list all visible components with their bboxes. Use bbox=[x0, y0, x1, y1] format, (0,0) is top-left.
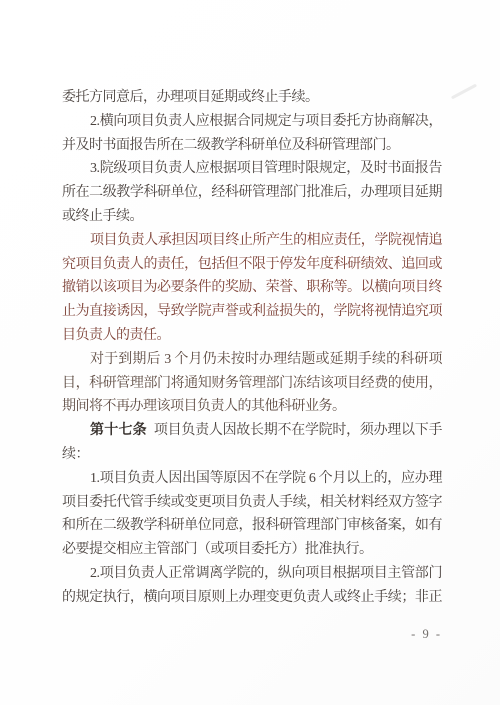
text-line: 项目负责人承担因项目终止所产生的相应责任，学院视情追 bbox=[62, 229, 442, 253]
text-line: 止为直接诱因，导致学院声誉或利益损失的，学院将视情追究项 bbox=[62, 300, 442, 324]
document-page: 委托方同意后，办理项目延期或终止手续。2.横向项目负责人应根据合同规定与项目委托… bbox=[0, 0, 500, 705]
text-line: 第十七条项目负责人因故长期不在学院时，须办理以下手 bbox=[62, 419, 442, 443]
text-line: 和所在二级教学科研单位同意，报科研管理部门审核备案，如有 bbox=[62, 514, 442, 538]
text-line: 目负责人的责任。 bbox=[62, 324, 442, 348]
text-line: 3.院级项目负责人应根据项目管理时限规定，及时书面报告 bbox=[62, 157, 442, 181]
text-line: 1.项目负责人因出国等原因不在学院 6 个月以上的，应办理 bbox=[62, 467, 442, 491]
text-line: 2.横向项目负责人应根据合同规定与项目委托方协商解决， bbox=[62, 110, 442, 134]
text-line: 对于到期后 3 个月仍未按时办理结题或延期手续的科研项 bbox=[62, 348, 442, 372]
text-line: 撤销以该项目为必要条件的奖励、荣誉、职称等。以横向项目终 bbox=[62, 276, 442, 300]
scan-artifact bbox=[451, 84, 477, 100]
text-line: 目，科研管理部门将通知财务管理部门冻结该项目经费的使用， bbox=[62, 372, 442, 396]
article-number: 第十七条 bbox=[90, 423, 147, 438]
text-line: 并及时书面报告所在二级教学科研单位及科研管理部门。 bbox=[62, 134, 442, 158]
text-line: 究项目负责人的责任，包括但不限于停发年度科研绩效、追回或 bbox=[62, 253, 442, 277]
text-line: 委托方同意后，办理项目延期或终止手续。 bbox=[62, 86, 442, 110]
text-line: 必要提交相应主管部门（或项目委托方）批准执行。 bbox=[62, 538, 442, 562]
text-line: 2.项目负责人正常调离学院的，纵向项目根据项目主管部门 bbox=[62, 562, 442, 586]
text-line: 项目委托代管手续或变更项目负责人手续，相关材料经双方签字 bbox=[62, 491, 442, 515]
text-line: 的规定执行，横向项目原则上办理变更负责人或终止手续；非正 bbox=[62, 586, 442, 610]
text-line: 所在二级教学科研单位，经科研管理部门批准后，办理项目延期 bbox=[62, 181, 442, 205]
page-number: - 9 - bbox=[411, 627, 442, 642]
text-line: 续： bbox=[62, 443, 442, 467]
text-line: 或终止手续。 bbox=[62, 205, 442, 229]
document-lines: 委托方同意后，办理项目延期或终止手续。2.横向项目负责人应根据合同规定与项目委托… bbox=[62, 86, 442, 610]
text-line: 期间将不再办理该项目负责人的其他科研业务。 bbox=[62, 395, 442, 419]
